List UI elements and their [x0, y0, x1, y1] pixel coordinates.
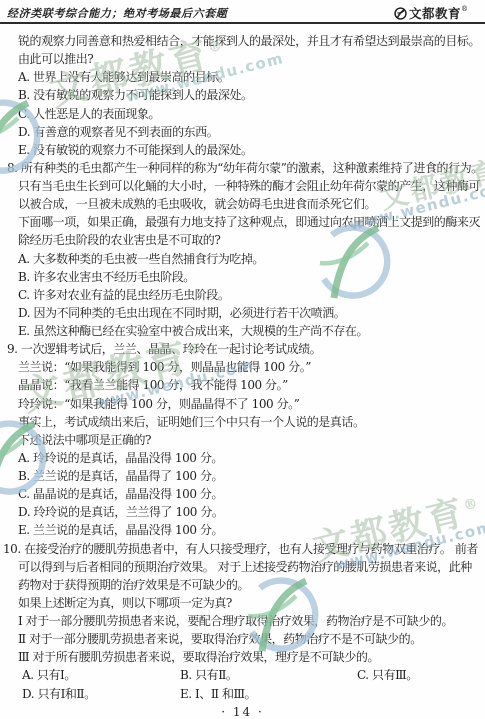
option-row: A. 只有Ⅰ。 B. 只有Ⅱ。 C. 只有Ⅲ。 [0, 666, 485, 684]
option-line: D. 有善意的观察者见不到表面的东西。 [0, 123, 485, 141]
brand-name: 文都教育 [409, 4, 461, 22]
text-line: 药物对于获得预期的治疗效果是不可缺少的。 [0, 576, 485, 594]
header-title: 经济类联考综合能力；绝对考场最后六套题 [7, 5, 227, 21]
option-cell: E. Ⅰ、Ⅱ 和Ⅲ。 [180, 685, 256, 703]
option-line: C. 许多对农业有益的昆虫经历毛虫阶段。 [0, 286, 485, 304]
option-cell: B. 只有Ⅱ。 [180, 666, 237, 684]
statement-line: Ⅰ 对于一部分腰肌劳损患者来说，要配合理疗取得治疗效果，药物治疗是不可缺少的。 [0, 612, 485, 630]
option-line: D. 因为不同种类的毛虫出现在不同时期，必须进行若干次喷洒。 [0, 304, 485, 322]
content-area: 锐的观察力同善意和热爱相结合，才能探到人的最深处，并且才有希望达到最崇高的目标。… [0, 32, 485, 719]
text-line: 除经历毛虫阶段的农业害虫是不可取的? [0, 231, 485, 249]
option-line: B. 没有敏锐的观察力不可能探到人的最深处。 [0, 86, 485, 104]
brand-logo: 文都教育 ® [394, 4, 468, 22]
statement-line: Ⅲ 对于所有腰肌劳损患者来说，要取得治疗效果，理疗是不可缺少的。 [0, 648, 485, 666]
option-line: E. 虽然这种酶已经在实验室中被合成出来，大规模的生产尚不存在。 [0, 322, 485, 340]
option-line: A. 大多数种类的毛虫被一些自然捕食行为吃掉。 [0, 250, 485, 268]
text-line: 玲玲说：“如果我能得 100 分，则晶晶得不了 100 分。” [0, 395, 485, 413]
option-line: B. 兰兰说的是真话，晶晶得了 100 分。 [0, 467, 485, 485]
option-line: A. 世界上没有人能够达到最崇高的目标。 [0, 68, 485, 86]
option-cell: D. 只有Ⅰ和Ⅱ。 [22, 685, 96, 703]
statement-line: Ⅱ 对于一部分腰肌劳损患者来说，要取得治疗效果，药物治疗不是不可缺少的。 [0, 630, 485, 648]
text-line: 以被合成，一旦被未成熟的毛虫吸收，就会妨碍毛虫进食而杀死它们。 [0, 195, 485, 213]
question-line: 9. 一次逻辑考试后，兰兰、晶晶、玲玲在一起讨论考试成绩。 [0, 340, 485, 358]
question-line: 10. 在接受治疗的腰肌劳损患者中，有人只接受理疗，也有人接受理疗与药物双重治疗… [0, 540, 485, 558]
text-line: 可以得到与后者相同的预期治疗效果。 对于上述接受药物治疗的腰肌劳损患者来说，此种 [0, 558, 485, 576]
option-line: A. 玲玲说的是真话，晶晶没得 100 分。 [0, 449, 485, 467]
option-line: E. 没有敏锐的观察力不可能探到人的最深处。 [0, 141, 485, 159]
text-line: 下述说法中哪项是正确的? [0, 431, 485, 449]
option-cell: C. 只有Ⅲ。 [357, 666, 418, 684]
exam-page: 经济类联考综合能力；绝对考场最后六套题 文都教育 ® 锐的观察力同善意和热爱相结… [0, 0, 485, 719]
option-line: E. 兰兰说的是真话，晶晶没得 100 分。 [0, 521, 485, 539]
page-header: 经济类联考综合能力；绝对考场最后六套题 文都教育 ® [0, 0, 485, 24]
option-row: D. 只有Ⅰ和Ⅱ。 E. Ⅰ、Ⅱ 和Ⅲ。 [0, 685, 485, 703]
text-line: 由此可以推出? [0, 50, 485, 68]
text-line: 事实上，考试成绩出来后，证明她们三个中只有一个人说的是真话。 [0, 413, 485, 431]
text-line: 晶晶说：“我看兰兰能得 100 分，我不能得 100 分。” [0, 376, 485, 394]
wendu-logo-icon [394, 7, 407, 20]
question-line: 8. 所有种类的毛虫都产生一种同样的称为“幼年荷尔蒙”的激素，这种激素维持了进食… [0, 159, 485, 177]
text-line: 下面哪一项，如果正确，最强有力地支持了这种观点，即通过向农田喷洒上文提到的酶来灭 [0, 213, 485, 231]
option-line: C. 人性恶是人的表面现象。 [0, 105, 485, 123]
registered-mark: ® [461, 5, 468, 13]
option-cell: A. 只有Ⅰ。 [22, 666, 76, 684]
text-line: 兰兰说：“如果我能得到 100 分，则晶晶也能得 100 分。” [0, 358, 485, 376]
option-line: B. 许多农业害虫不经历毛虫阶段。 [0, 268, 485, 286]
text-line: 锐的观察力同善意和热爱相结合，才能探到人的最深处，并且才有希望达到最崇高的目标。 [0, 32, 485, 50]
text-line: 只有当毛虫生长到可以化蛹的大小时，一种特殊的酶才会阻止幼年荷尔蒙的产生，这种酶可 [0, 177, 485, 195]
option-line: C. 晶晶说的是真话，晶晶没得 100 分。 [0, 485, 485, 503]
page-number: · 14 · [0, 703, 485, 719]
text-line: 如果上述断定为真，则以下哪项一定为真? [0, 594, 485, 612]
option-line: D. 玲玲说的是真话，兰兰得了 100 分。 [0, 503, 485, 521]
